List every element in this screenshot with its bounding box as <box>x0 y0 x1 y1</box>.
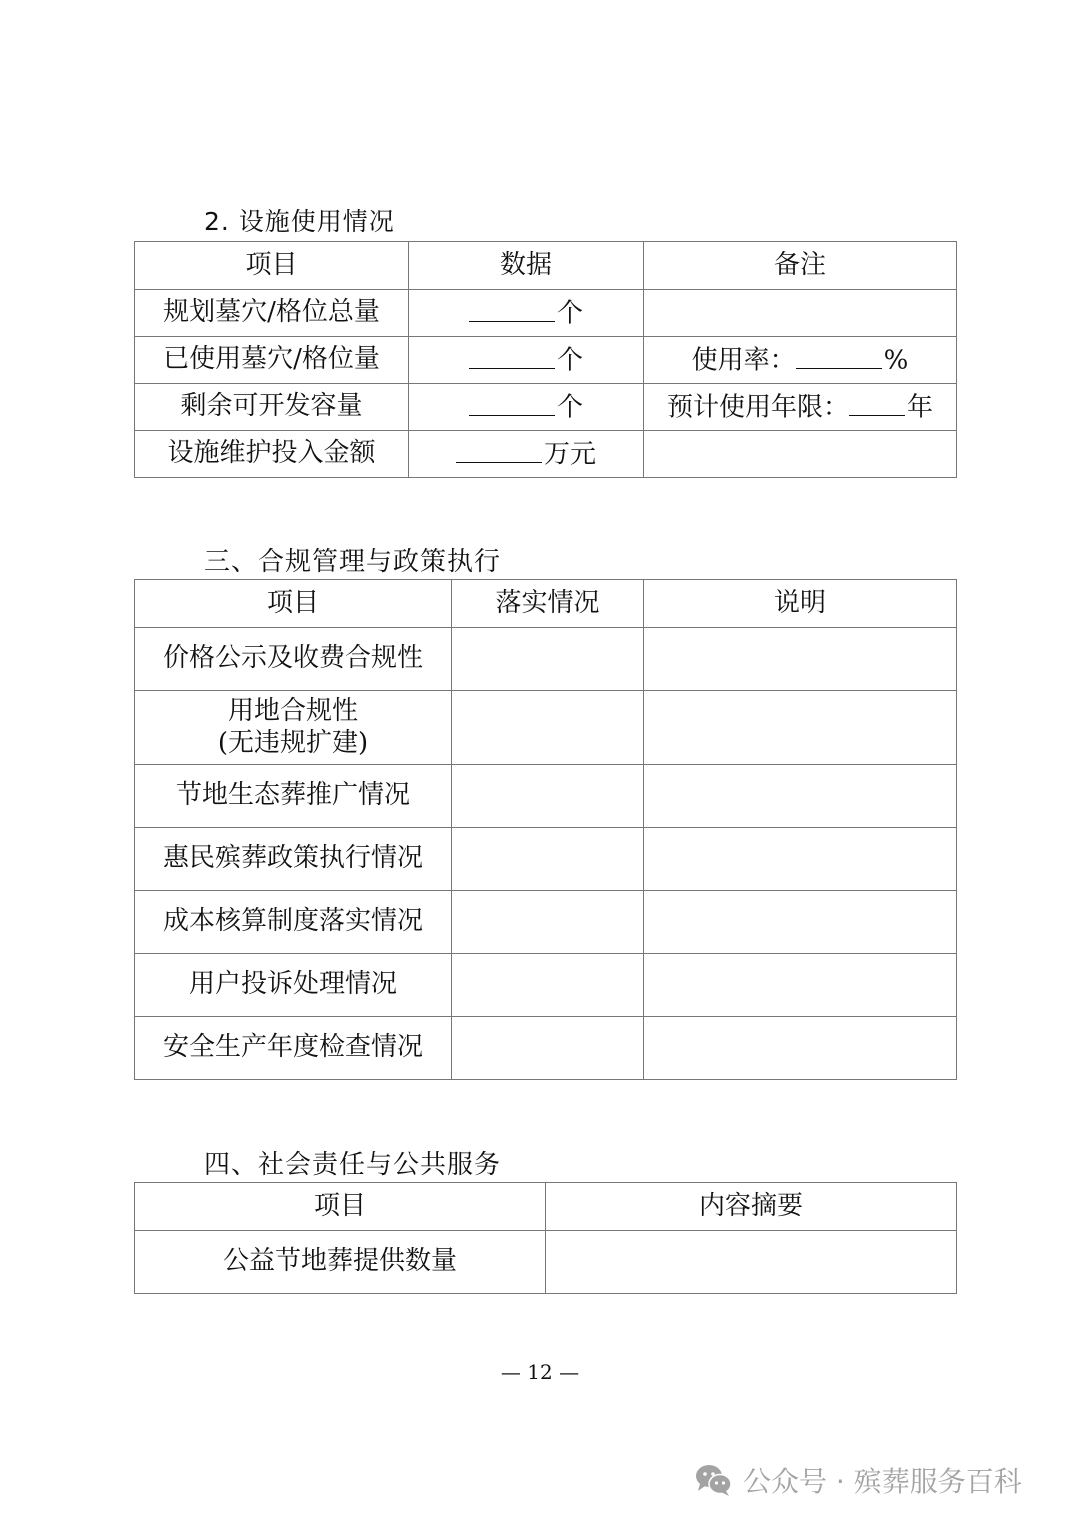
fill-blank[interactable] <box>469 296 555 322</box>
row-item-label: 成本核算制度落实情况 <box>135 891 452 954</box>
row-item-label: 规划墓穴/格位总量 <box>135 290 409 337</box>
row-item-label: 价格公示及收费合规性 <box>135 628 452 691</box>
data-cell: 个 <box>409 290 644 337</box>
description-cell[interactable] <box>644 954 957 1017</box>
unit-label: 万元 <box>544 440 596 470</box>
row-item-label: 公益节地葬提供数量 <box>135 1231 546 1294</box>
table-header-row: 项目 落实情况 说明 <box>135 580 957 628</box>
facility-usage-table: 项目 数据 备注 规划墓穴/格位总量 个 已使用墓穴/格位量 个 使用率：% 剩… <box>134 241 957 478</box>
table-row: 已使用墓穴/格位量 个 使用率：% <box>135 337 957 384</box>
table-row: 用地合规性(无违规扩建) <box>135 691 957 765</box>
table-row: 规划墓穴/格位总量 个 <box>135 290 957 337</box>
column-header: 项目 <box>135 580 452 628</box>
unit-label: 个 <box>557 393 583 423</box>
section-title-compliance: 三、合规管理与政策执行 <box>204 541 501 578</box>
fill-blank[interactable] <box>469 343 555 369</box>
row-item-label-line1: 用地合规性 <box>135 696 451 727</box>
column-header: 项目 <box>135 1183 546 1231</box>
description-cell[interactable] <box>644 628 957 691</box>
column-header: 项目 <box>135 242 409 290</box>
description-cell[interactable] <box>644 891 957 954</box>
wechat-icon <box>695 1464 733 1496</box>
compliance-table: 项目 落实情况 说明 价格公示及收费合规性 用地合规性(无违规扩建) 节地生态葬… <box>134 579 957 1080</box>
table-row: 价格公示及收费合规性 <box>135 628 957 691</box>
note-cell <box>644 290 957 337</box>
watermark-text: 公众号 · 殡葬服务百科 <box>743 1460 1022 1500</box>
note-cell: 预计使用年限：年 <box>644 384 957 431</box>
description-cell[interactable] <box>644 691 957 765</box>
implementation-cell[interactable] <box>452 891 644 954</box>
table-row: 安全生产年度检查情况 <box>135 1017 957 1080</box>
implementation-cell[interactable] <box>452 954 644 1017</box>
row-item-label: 已使用墓穴/格位量 <box>135 337 409 384</box>
row-item-label: 用地合规性(无违规扩建) <box>135 691 452 765</box>
implementation-cell[interactable] <box>452 1017 644 1080</box>
table-row: 公益节地葬提供数量 <box>135 1231 957 1294</box>
note-cell: 使用率：% <box>644 337 957 384</box>
fill-blank[interactable] <box>849 390 905 416</box>
unit-label: 个 <box>557 299 583 329</box>
note-unit: 年 <box>907 393 933 423</box>
note-cell <box>644 431 957 478</box>
watermark: 公众号 · 殡葬服务百科 <box>695 1460 1022 1500</box>
table-row: 剩余可开发容量 个 预计使用年限：年 <box>135 384 957 431</box>
unit-label: 个 <box>557 346 583 376</box>
implementation-cell[interactable] <box>452 828 644 891</box>
fill-blank[interactable] <box>456 437 542 463</box>
description-cell[interactable] <box>644 828 957 891</box>
section-title-social-responsibility: 四、社会责任与公共服务 <box>204 1144 501 1181</box>
implementation-cell[interactable] <box>452 691 644 765</box>
column-header: 内容摘要 <box>546 1183 957 1231</box>
table-row: 节地生态葬推广情况 <box>135 765 957 828</box>
table-row: 惠民殡葬政策执行情况 <box>135 828 957 891</box>
content-summary-cell[interactable] <box>546 1231 957 1294</box>
data-cell: 个 <box>409 337 644 384</box>
table-row: 设施维护投入金额 万元 <box>135 431 957 478</box>
fill-blank[interactable] <box>796 343 882 369</box>
column-header: 说明 <box>644 580 957 628</box>
page-number: — 12 — <box>0 1360 1080 1384</box>
section-title-facility-usage: 2. 设施使用情况 <box>204 202 395 238</box>
data-cell: 万元 <box>409 431 644 478</box>
implementation-cell[interactable] <box>452 765 644 828</box>
note-unit: % <box>884 346 909 376</box>
table-row: 用户投诉处理情况 <box>135 954 957 1017</box>
social-responsibility-table: 项目 内容摘要 公益节地葬提供数量 <box>134 1182 957 1294</box>
table-row: 成本核算制度落实情况 <box>135 891 957 954</box>
note-label: 使用率： <box>692 346 796 376</box>
row-item-label: 节地生态葬推广情况 <box>135 765 452 828</box>
row-item-label-line2: (无违规扩建) <box>135 728 451 759</box>
table-header-row: 项目 内容摘要 <box>135 1183 957 1231</box>
description-cell[interactable] <box>644 765 957 828</box>
row-item-label: 设施维护投入金额 <box>135 431 409 478</box>
column-header: 备注 <box>644 242 957 290</box>
implementation-cell[interactable] <box>452 628 644 691</box>
row-item-label: 剩余可开发容量 <box>135 384 409 431</box>
row-item-label: 用户投诉处理情况 <box>135 954 452 1017</box>
description-cell[interactable] <box>644 1017 957 1080</box>
row-item-label: 惠民殡葬政策执行情况 <box>135 828 452 891</box>
fill-blank[interactable] <box>469 390 555 416</box>
row-item-label: 安全生产年度检查情况 <box>135 1017 452 1080</box>
data-cell: 个 <box>409 384 644 431</box>
column-header: 落实情况 <box>452 580 644 628</box>
table-header-row: 项目 数据 备注 <box>135 242 957 290</box>
column-header: 数据 <box>409 242 644 290</box>
note-label: 预计使用年限： <box>667 393 849 423</box>
